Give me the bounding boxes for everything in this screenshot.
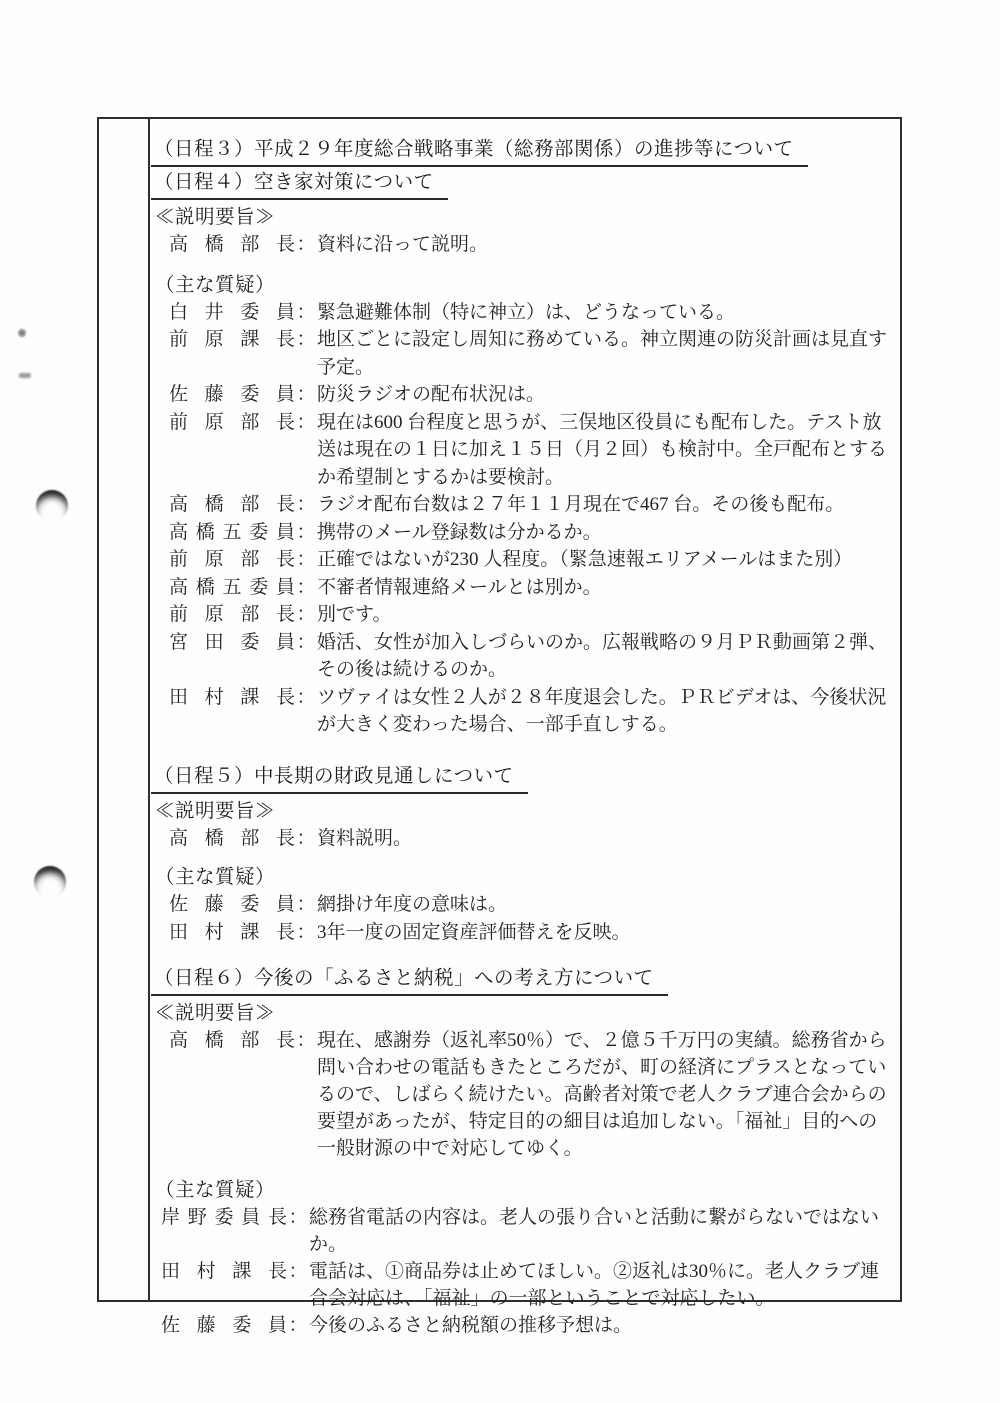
agenda-section-6: （日程６）今後の「ふるさと納税」への考え方について ≪説明要旨≫ 高 橋 部 長…: [155, 967, 903, 1339]
statement-row: 高 橋 部 長：現在、感謝券（返礼率50％）で、２億５千万円の実績。総務省から …: [169, 1027, 903, 1162]
margin-column-divider: [148, 119, 150, 1300]
colon-separator: ：: [287, 1204, 309, 1258]
speaker-name: 前 原 課 長: [169, 326, 295, 381]
statement-text: 電話は、①商品券は止めてほしい。②返礼は30％に。老人クラブ連 合会対応は、「福…: [309, 1258, 903, 1312]
agenda-section-3-4: （日程３）平成２９年度総合戦略事業（総務部関係）の進捗等について （日程４）空き…: [155, 138, 903, 739]
label-row: （主な質疑）: [155, 864, 903, 891]
questions-label: （主な質疑）: [155, 1180, 275, 1201]
punch-hole-mark: [36, 490, 68, 522]
colon-separator: ：: [295, 825, 317, 853]
statement-row: 前 原 部 長：別です。: [169, 601, 903, 629]
speaker-name: 田 村 課 長: [169, 684, 295, 739]
questions-label: （主な質疑）: [155, 275, 275, 296]
speaker-name: 白 井 委 員: [169, 299, 295, 327]
heading-row: （日程５）中長期の財政見通しについて: [155, 765, 903, 794]
label-row: ≪説明要旨≫: [155, 1000, 903, 1027]
statement-text: ツヴァイは女性２人が２８年度退会した。ＰＲビデオは、今後状況 が大きく変わった場…: [317, 684, 903, 739]
speaker-name: 田 村 課 長: [169, 919, 295, 947]
statement-row: 高 橋 部 長：ラジオ配布台数は２７年１１月現在で467 台。その後も配布。: [169, 491, 903, 519]
statement-row: 岸野委員長：総務省電話の内容は。老人の張り合いと活動に繋がらないではないか。: [161, 1204, 903, 1258]
blank-line: [155, 739, 903, 765]
summary-label: ≪説明要旨≫: [155, 1003, 275, 1024]
questions-label: （主な質疑）: [155, 867, 275, 888]
speaker-name: 宮 田 委 員: [169, 629, 295, 684]
statement-text: 緊急避難体制（特に神立）は、どうなっている。: [317, 299, 903, 327]
colon-separator: ：: [287, 1258, 309, 1312]
blank-line: [155, 946, 903, 967]
statement-text: 網掛け年度の意味は。: [317, 891, 903, 919]
label-row: （主な質疑）: [155, 272, 903, 299]
blank-line: [155, 259, 903, 272]
colon-separator: ：: [295, 574, 317, 602]
statement-text: 婚活、女性が加入しづらいのか。広報戦略の９月ＰＲ動画第２弾、 その後は続けるのか…: [317, 629, 903, 684]
agenda-item-5-heading: （日程５）中長期の財政見通しについて: [151, 765, 528, 794]
statement-text: 資料説明。: [317, 825, 903, 853]
heading-row: （日程４）空き家対策について: [155, 171, 903, 200]
label-row: ≪説明要旨≫: [155, 798, 903, 825]
colon-separator: ：: [295, 409, 317, 492]
colon-separator: ：: [295, 491, 317, 519]
speaker-name: 田 村 課 長: [161, 1258, 287, 1312]
speaker-name: 高 橋 部 長: [169, 825, 295, 853]
statement-text: 地区ごとに設定し周知に務めている。神立関連の防災計画は見直す 予定。: [317, 326, 903, 381]
colon-separator: ：: [295, 519, 317, 547]
speaker-name: 前 原 部 長: [169, 409, 295, 492]
statement-row: 田 村 課 長：3年一度の固定資産評価替えを反映。: [169, 919, 903, 947]
speaker-name: 佐 藤 委 員: [161, 1312, 287, 1339]
statement-row: 高橋五委員：不審者情報連絡メールとは別か。: [169, 574, 903, 602]
label-row: （主な質疑）: [155, 1177, 903, 1204]
statement-text: 別です。: [317, 601, 903, 629]
blank-line: [155, 852, 903, 864]
speaker-name: 前 原 部 長: [169, 601, 295, 629]
questions-block: 岸野委員長：総務省電話の内容は。老人の張り合いと活動に繋がらないではないか。 田…: [155, 1204, 903, 1339]
colon-separator: ：: [295, 919, 317, 947]
colon-separator: ：: [295, 381, 317, 409]
statement-row: 高 橋 部 長：資料説明。: [169, 825, 903, 853]
agenda-section-5: （日程５）中長期の財政見通しについて ≪説明要旨≫ 高 橋 部 長：資料説明。 …: [155, 765, 903, 947]
agenda-item-3-heading: （日程３）平成２９年度総合戦略事業（総務部関係）の進捗等について: [151, 138, 808, 167]
statement-text: 現在、感謝券（返礼率50％）で、２億５千万円の実績。総務省から 問い合わせの電話…: [317, 1027, 903, 1162]
colon-separator: ：: [295, 546, 317, 574]
speaker-name: 高 橋 部 長: [169, 1027, 295, 1162]
summary-label: ≪説明要旨≫: [155, 207, 275, 228]
statement-row: 田 村 課 長：電話は、①商品券は止めてほしい。②返礼は30％に。老人クラブ連 …: [161, 1258, 903, 1312]
speaker-name: 佐 藤 委 員: [169, 381, 295, 409]
agenda-item-4-heading: （日程４）空き家対策について: [151, 171, 448, 200]
speaker-name: 佐 藤 委 員: [169, 891, 295, 919]
statement-row: 宮 田 委 員：婚活、女性が加入しづらいのか。広報戦略の９月ＰＲ動画第２弾、 そ…: [169, 629, 903, 684]
statement-text: 不審者情報連絡メールとは別か。: [317, 574, 903, 602]
statement-row: 田 村 課 長：ツヴァイは女性２人が２８年度退会した。ＰＲビデオは、今後状況 が…: [169, 684, 903, 739]
statement-text: 正確ではないが230 人程度。（緊急速報エリアメールはまた別）: [317, 546, 903, 574]
speaker-name: 高橋五委員: [169, 574, 295, 602]
colon-separator: ：: [295, 891, 317, 919]
statement-text: 3年一度の固定資産評価替えを反映。: [317, 919, 903, 947]
statement-row: 佐 藤 委 員：網掛け年度の意味は。: [169, 891, 903, 919]
speaker-name: 高橋五委員: [169, 519, 295, 547]
statement-text: 資料に沿って説明。: [317, 231, 903, 259]
scanned-minutes-page: （日程３）平成２９年度総合戦略事業（総務部関係）の進捗等について （日程４）空き…: [0, 0, 1000, 1403]
speaker-name: 前 原 部 長: [169, 546, 295, 574]
colon-separator: ：: [295, 231, 317, 259]
speaker-name: 高 橋 部 長: [169, 491, 295, 519]
statement-row: 佐 藤 委 員：今後のふるさと納税額の推移予想は。: [161, 1312, 903, 1339]
blank-line: [155, 1162, 903, 1177]
statement-text: 防災ラジオの配布状況は。: [317, 381, 903, 409]
summary-label: ≪説明要旨≫: [155, 801, 275, 822]
colon-separator: ：: [295, 684, 317, 739]
agenda-item-6-heading: （日程６）今後の「ふるさと納税」への考え方について: [151, 967, 668, 996]
minutes-content: （日程３）平成２９年度総合戦略事業（総務部関係）の進捗等について （日程４）空き…: [155, 138, 903, 1339]
colon-separator: ：: [287, 1312, 309, 1339]
statement-row: 佐 藤 委 員：防災ラジオの配布状況は。: [169, 381, 903, 409]
colon-separator: ：: [295, 299, 317, 327]
speaker-name: 高 橋 部 長: [169, 231, 295, 259]
statement-text: ラジオ配布台数は２７年１１月現在で467 台。その後も配布。: [317, 491, 903, 519]
statement-row: 前 原 部 長：正確ではないが230 人程度。（緊急速報エリアメールはまた別）: [169, 546, 903, 574]
colon-separator: ：: [295, 1027, 317, 1162]
statement-row: 白 井 委 員：緊急避難体制（特に神立）は、どうなっている。: [169, 299, 903, 327]
scan-speck: [19, 373, 31, 378]
statement-text: 現在は600 台程度と思うが、三俣地区役員にも配布した。テスト放 送は現在の１日…: [317, 409, 903, 492]
statement-text: 携帯のメール登録数は分かるか。: [317, 519, 903, 547]
label-row: ≪説明要旨≫: [155, 204, 903, 231]
statement-row: 高橋五委員：携帯のメール登録数は分かるか。: [169, 519, 903, 547]
statement-row: 高 橋 部 長：資料に沿って説明。: [169, 231, 903, 259]
statement-row: 前 原 部 長：現在は600 台程度と思うが、三俣地区役員にも配布した。テスト放…: [169, 409, 903, 492]
colon-separator: ：: [295, 629, 317, 684]
statement-row: 前 原 課 長：地区ごとに設定し周知に務めている。神立関連の防災計画は見直す 予…: [169, 326, 903, 381]
heading-row: （日程６）今後の「ふるさと納税」への考え方について: [155, 967, 903, 996]
statement-text: 総務省電話の内容は。老人の張り合いと活動に繋がらないではないか。: [309, 1204, 903, 1258]
statement-text: 今後のふるさと納税額の推移予想は。: [309, 1312, 903, 1339]
punch-hole-mark: [34, 866, 66, 898]
heading-row: （日程３）平成２９年度総合戦略事業（総務部関係）の進捗等について: [155, 138, 903, 167]
speaker-name: 岸野委員長: [161, 1204, 287, 1258]
colon-separator: ：: [295, 601, 317, 629]
colon-separator: ：: [295, 326, 317, 381]
scan-speck: [17, 328, 27, 338]
